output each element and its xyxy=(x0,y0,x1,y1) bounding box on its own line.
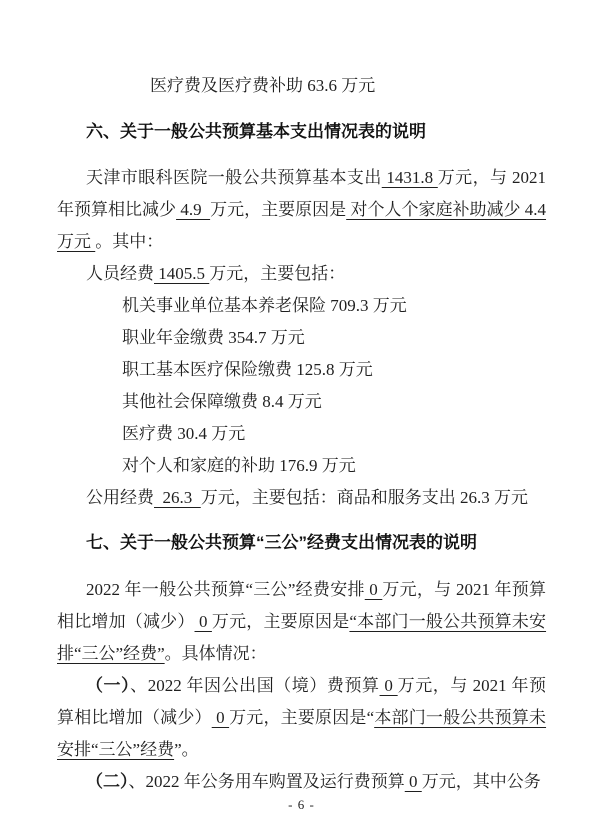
line-public-funds: 公用经费 26.3 万元，主要包括：商品和服务支出 26.3 万元 xyxy=(57,482,546,514)
page-number: - 6 - xyxy=(0,795,603,815)
text-segment: 万元，主要包括：商品和服务支出 26.3 万元 xyxy=(201,488,528,507)
text-segment: 、2022 年因公出国（境）费预算 xyxy=(130,676,379,695)
para-sangong-budget: 2022 年一般公共预算“三公”经费安排 0 万元，与 2021 年预算相比增加… xyxy=(57,574,546,670)
item-other-social-security: 其他社会保障缴费 8.4 万元 xyxy=(57,386,546,418)
text-segment: 公用经费 xyxy=(86,488,154,507)
text-segment: （二） xyxy=(86,772,129,791)
text-segment: 万元，其中公务 xyxy=(422,772,541,791)
section-6-heading: 六、关于一般公共预算基本支出情况表的说明 xyxy=(57,116,546,148)
text-segment: 万元，主要原因是 xyxy=(212,612,350,631)
underlined-value: 0 xyxy=(365,580,383,599)
item-family-subsidy: 对个人和家庭的补助 176.9 万元 xyxy=(57,450,546,482)
text-segment: 人员经费 xyxy=(86,264,154,283)
underlined-value: 1405.5 xyxy=(154,264,209,283)
section-7-heading: 七、关于一般公共预算“三公”经费支出情况表的说明 xyxy=(57,527,546,559)
para-overseas-travel-budget: （一）、2022 年因公出国（境）费预算 0 万元，与 2021 年预算相比增加… xyxy=(57,670,546,766)
underlined-value: 4.9 xyxy=(176,200,210,219)
underlined-value: 1431.8 xyxy=(382,168,438,187)
text-segment: 。具体情况： xyxy=(165,644,267,663)
text-segment: ”。 xyxy=(174,740,199,759)
underlined-value: 0 xyxy=(212,708,229,727)
text-segment: 万元，主要原因是“ xyxy=(229,708,374,727)
line-medical-fee-subsidy: 医疗费及医疗费补助 63.6 万元 xyxy=(57,70,546,102)
text-segment: 2022 年一般公共预算“三公”经费安排 xyxy=(86,580,365,599)
item-occupational-annuity: 职业年金缴费 354.7 万元 xyxy=(57,322,546,354)
underlined-value: 0 xyxy=(195,612,212,631)
underlined-value: 0 xyxy=(380,676,398,695)
para-official-vehicle-budget: （二）、2022 年公务用车购置及运行费预算 0 万元，其中公务 xyxy=(57,766,546,798)
text-segment: 医疗费及医疗费补助 63.6 万元 xyxy=(150,76,375,95)
item-pension-insurance: 机关事业单位基本养老保险 709.3 万元 xyxy=(57,290,546,322)
text-segment: 万元，主要原因是 xyxy=(210,200,346,219)
text-segment: （一） xyxy=(86,676,130,695)
item-medical-fee: 医疗费 30.4 万元 xyxy=(57,418,546,450)
text-segment: 天津市眼科医院一般公共预算基本支出 xyxy=(86,168,382,187)
line-personnel-funds: 人员经费 1405.5 万元，主要包括： xyxy=(57,258,546,290)
underlined-value: 0 xyxy=(405,772,422,791)
text-segment: 万元，主要包括： xyxy=(209,264,345,283)
document-page: 医疗费及医疗费补助 63.6 万元 六、关于一般公共预算基本支出情况表的说明 天… xyxy=(0,0,603,829)
item-medical-insurance: 职工基本医疗保险缴费 125.8 万元 xyxy=(57,354,546,386)
text-segment: 。其中： xyxy=(95,232,163,251)
para-basic-expenditure: 天津市眼科医院一般公共预算基本支出 1431.8 万元，与 2021 年预算相比… xyxy=(57,162,546,258)
underlined-value: 26.3 xyxy=(154,488,201,507)
text-segment: 、2022 年公务用车购置及运行费预算 xyxy=(129,772,405,791)
